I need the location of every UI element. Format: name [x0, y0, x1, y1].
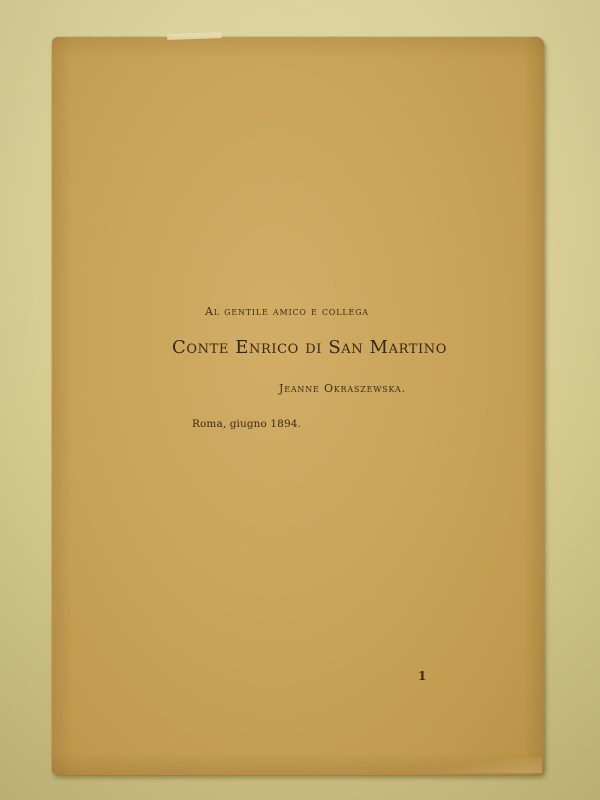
- page-corner-fold: [422, 757, 542, 773]
- dedicatee-name: Conte Enrico di San Martino: [172, 337, 447, 358]
- dedication-line: Al gentile amico e collega: [205, 305, 369, 318]
- page-number: 1: [418, 669, 427, 683]
- author-signature: Jeanne Okraszewska.: [279, 382, 406, 395]
- document-page: Al gentile amico e collega Conte Enrico …: [52, 37, 544, 775]
- torn-paper-strip: [167, 32, 222, 40]
- place-and-date: Roma, giugno 1894.: [192, 418, 301, 430]
